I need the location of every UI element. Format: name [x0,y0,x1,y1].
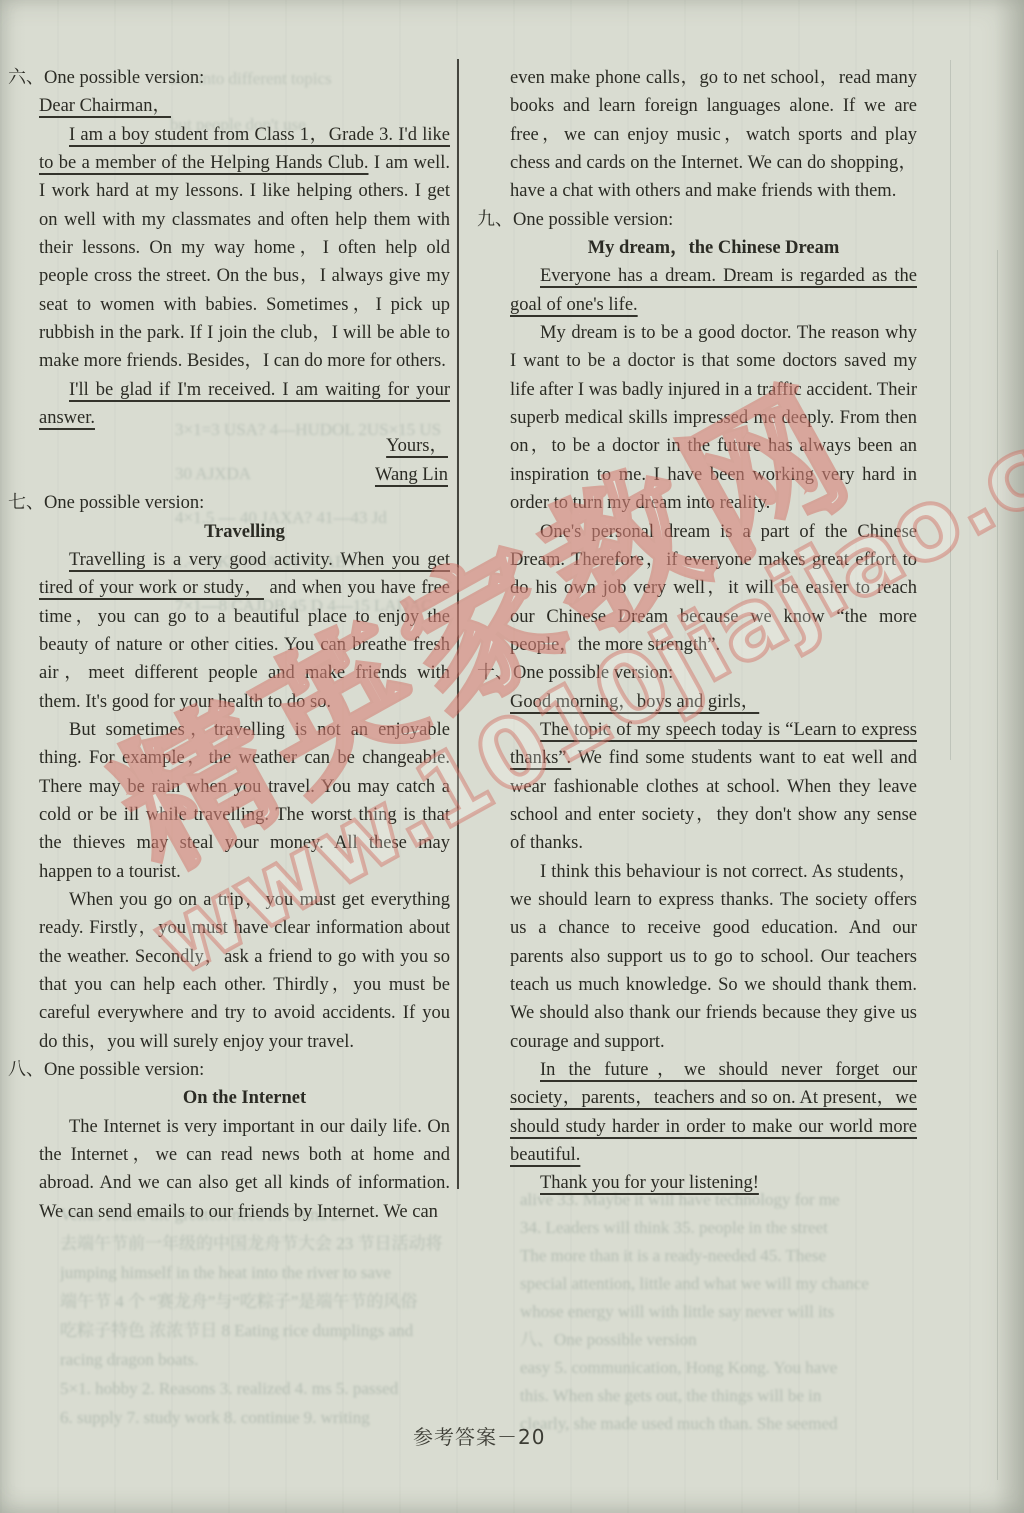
essay-paragraph: But sometimes，travelling is not an enjoy… [39,716,450,886]
essay-paragraph: When you go on a trip，you must get every… [39,886,450,1056]
essay-paragraph: In the future，we should never forget our… [510,1056,917,1169]
underlined-sentence: I'll be glad if I'm received. I am waiti… [39,380,450,428]
page-footer: 参考答案－20 [413,1421,545,1450]
section-7-label: One possible version: [44,489,450,517]
speech-greeting: Good morning，boys and girls， [510,688,917,716]
section-10-body: Good morning，boys and girls， The topic o… [510,688,917,1198]
bleedthrough-line: clearly, she made used much than. She se… [520,1410,1000,1438]
letter-salutation: Dear Chairman， [39,92,450,120]
section-8-continued: even make phone calls，go to net school，r… [510,64,917,206]
column-divider [457,59,459,1189]
essay-paragraph: I'll be glad if I'm received. I am waiti… [39,376,450,433]
essay-title: My dream，the Chinese Dream [510,234,917,262]
bleedthrough-line: special attention, little and what we wi… [520,1270,1000,1298]
bleedthrough-line: whose energy will with little say never … [520,1298,1000,1326]
section-7-body: Travelling Travelling is a very good act… [39,518,450,1057]
essay-paragraph: Thank you for your listening! [510,1169,917,1197]
section-6-marker: 六、 [8,64,44,92]
bleedthrough-line: easy 5. communication, Hong Kong. You ha… [520,1354,1000,1382]
section-9-label: One possible version: [513,206,917,234]
paragraph-text: I am well. I work hard at my lessons. I … [39,153,450,371]
essay-paragraph: I am a boy student from Class 1，Grade 3.… [39,121,450,376]
bleedthrough-line: 八、One possible version [520,1326,1000,1354]
section-7-heading: 七、 One possible version: [8,489,450,517]
paragraph-text: and when you have free time，you can go t… [39,578,450,711]
letter-signoff: Yours， [39,432,450,460]
essay-title: On the Internet [39,1084,450,1112]
scanned-answer-page: ade into different topics but people don… [0,0,1024,1513]
section-9-marker: 九、 [477,206,513,234]
paragraph-text: We find some students want to eat well a… [510,748,917,853]
section-8-label: One possible version: [44,1056,450,1084]
essay-paragraph: I think this behaviour is not correct. A… [510,858,917,1056]
section-6-label: One possible version: [44,64,450,92]
bleedthrough-text-bottom-right: alive 33. Maybe it will have technology … [520,1186,1000,1438]
scan-artifact-line [950,60,951,760]
signoff-name: Wang Lin [375,465,448,485]
underlined-sentence: Thank you for your listening! [540,1173,759,1193]
left-column: 六、 One possible version: Dear Chairman， … [8,64,450,1226]
section-10-marker: 十、 [477,659,513,687]
scan-artifact-line [997,250,998,1480]
section-9-body: My dream，the Chinese Dream Everyone has … [510,234,917,659]
bleedthrough-line: this. When she gets out, the things will… [520,1382,1000,1410]
section-8-heading: 八、 One possible version: [8,1056,450,1084]
essay-paragraph-continued: even make phone calls，go to net school，r… [510,64,917,206]
essay-paragraph: Everyone has a dream. Dream is regarded … [510,262,917,319]
essay-paragraph: The Internet is very important in our da… [39,1113,450,1226]
bleedthrough-text-bottom-left: Venus found the greatest need in China 2… [60,1200,510,1432]
salutation-text: Dear Chairman， [39,96,171,116]
underlined-sentence: Everyone has a dream. Dream is regarded … [510,266,917,314]
underlined-sentence: In the future，we should never forget our… [510,1060,917,1165]
essay-paragraph: The topic of my speech today is “Learn t… [510,716,917,858]
bleedthrough-line: 5×1. hobby 2. Reasons 3. realized 4. ms … [60,1374,510,1403]
bleedthrough-line: jumping himself in the heat into the riv… [60,1258,510,1287]
section-6-heading: 六、 One possible version: [8,64,450,92]
essay-title: Travelling [39,518,450,546]
section-8-body: On the Internet The Internet is very imp… [39,1084,450,1226]
bleedthrough-line: The more than it is a ready-needed 45. T… [520,1242,1000,1270]
bleedthrough-line: 端午节 4 个 “赛龙舟”与“吃粽子”是端午节的风俗 [60,1287,510,1316]
signoff-yours: Yours， [386,436,448,456]
bleedthrough-line: 吃粽子特色 浓浓节日 8 Eating rice dumplings and [60,1316,510,1345]
bleedthrough-line: 去端午节前一年级的中国龙舟节大会 23 节日活动将 [60,1229,510,1258]
essay-paragraph: One's personal dream is a part of the Ch… [510,518,917,660]
section-9-heading: 九、 One possible version: [477,206,917,234]
essay-paragraph: Travelling is a very good activity. When… [39,546,450,716]
essay-paragraph: My dream is to be a good doctor. The rea… [510,319,917,517]
letter-signature: Wang Lin [39,461,450,489]
section-7-marker: 七、 [8,489,44,517]
right-column: even make phone calls，go to net school，r… [477,64,917,1198]
section-8-marker: 八、 [8,1056,44,1084]
section-10-heading: 十、 One possible version: [477,659,917,687]
bleedthrough-line: 34. Leaders will think 35. people in the… [520,1214,1000,1242]
section-10-label: One possible version: [513,659,917,687]
bleedthrough-line: racing dragon boats. [60,1345,510,1374]
section-6-body: Dear Chairman， I am a boy student from C… [39,92,450,489]
underlined-sentence: Good morning，boys and girls， [510,692,759,712]
